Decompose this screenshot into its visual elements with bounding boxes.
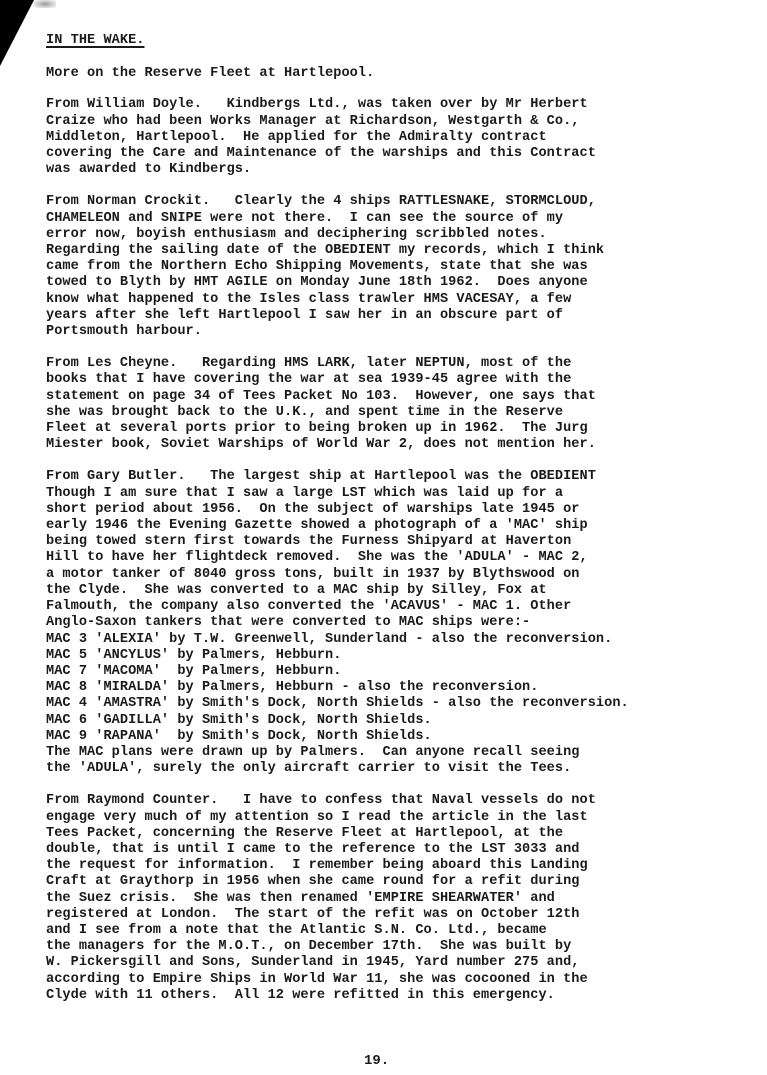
typed-page: IN THE WAKE. More on the Reserve Fleet a… xyxy=(46,33,761,1020)
text-line: know what happened to the Isles class tr… xyxy=(46,292,761,308)
text-line: a motor tanker of 8040 gross tons, built… xyxy=(46,567,761,583)
text-line: The MAC plans were drawn up by Palmers. … xyxy=(46,745,761,761)
text-line: came from the Northern Echo Shipping Mov… xyxy=(46,259,761,275)
text-line: the Suez crisis. She was then renamed 'E… xyxy=(46,891,761,907)
text-line: books that I have covering the war at se… xyxy=(46,372,761,388)
text-line: MAC 3 'ALEXIA' by T.W. Greenwell, Sunder… xyxy=(46,632,761,648)
text-line: Tees Packet, concerning the Reserve Flee… xyxy=(46,826,761,842)
text-line: engage very much of my attention so I re… xyxy=(46,810,761,826)
text-line: being towed stern first towards the Furn… xyxy=(46,534,761,550)
text-line: years after she left Hartlepool I saw he… xyxy=(46,308,761,324)
text-line: Craize who had been Works Manager at Ric… xyxy=(46,114,761,130)
text-line: the request for information. I remember … xyxy=(46,858,761,874)
text-line: Falmouth, the company also converted the… xyxy=(46,599,761,615)
text-line: Though I am sure that I saw a large LST … xyxy=(46,486,761,502)
text-line: MAC 6 'GADILLA' by Smith's Dock, North S… xyxy=(46,713,761,729)
text-line: From Gary Butler. The largest ship at Ha… xyxy=(46,469,761,485)
text-line: Craft at Graythorp in 1956 when she came… xyxy=(46,874,761,890)
text-line: statement on page 34 of Tees Packet No 1… xyxy=(46,389,761,405)
text-line: Hill to have her flightdeck removed. She… xyxy=(46,550,761,566)
scan-corner-shadow xyxy=(0,0,34,66)
text-line: Miester book, Soviet Warships of World W… xyxy=(46,437,761,453)
text-line: registered at London. The start of the r… xyxy=(46,907,761,923)
text-line: she was brought back to the U.K., and sp… xyxy=(46,405,761,421)
text-line: was awarded to Kindbergs. xyxy=(46,162,761,178)
text-line: error now, boyish enthusiasm and deciphe… xyxy=(46,227,761,243)
text-line: MAC 5 'ANCYLUS' by Palmers, Hebburn. xyxy=(46,648,761,664)
text-line: the managers for the M.O.T., on December… xyxy=(46,939,761,955)
page-subheading: More on the Reserve Fleet at Hartlepool. xyxy=(46,66,761,82)
letter-william-doyle: From William Doyle. Kindbergs Ltd., was … xyxy=(46,97,761,178)
text-line: short period about 1956. On the subject … xyxy=(46,502,761,518)
text-line: the Clyde. She was converted to a MAC sh… xyxy=(46,583,761,599)
text-line: the 'ADULA', surely the only aircraft ca… xyxy=(46,761,761,777)
text-line: according to Empire Ships in World War 1… xyxy=(46,972,761,988)
text-line: double, that is until I came to the refe… xyxy=(46,842,761,858)
text-line: MAC 8 'MIRALDA' by Palmers, Hebburn - al… xyxy=(46,680,761,696)
letter-norman-crockit: From Norman Crockit. Clearly the 4 ships… xyxy=(46,194,761,340)
letter-raymond-counter: From Raymond Counter. I have to confess … xyxy=(46,793,761,1004)
text-line: early 1946 the Evening Gazette showed a … xyxy=(46,518,761,534)
text-line: MAC 9 'RAPANA' by Smith's Dock, North Sh… xyxy=(46,729,761,745)
text-line: MAC 4 'AMASTRA' by Smith's Dock, North S… xyxy=(46,696,761,712)
text-line: From Norman Crockit. Clearly the 4 ships… xyxy=(46,194,761,210)
text-line: Portsmouth harbour. xyxy=(46,324,761,340)
text-line: Anglo-Saxon tankers that were converted … xyxy=(46,615,761,631)
text-line: From William Doyle. Kindbergs Ltd., was … xyxy=(46,97,761,113)
letter-les-cheyne: From Les Cheyne. Regarding HMS LARK, lat… xyxy=(46,356,761,453)
text-line: towed to Blyth by HMT AGILE on Monday Ju… xyxy=(46,275,761,291)
text-line: W. Pickersgill and Sons, Sunderland in 1… xyxy=(46,955,761,971)
text-line: Regarding the sailing date of the OBEDIE… xyxy=(46,243,761,259)
text-line: and I see from a note that the Atlantic … xyxy=(46,923,761,939)
text-line: Middleton, Hartlepool. He applied for th… xyxy=(46,130,761,146)
page-heading: IN THE WAKE. xyxy=(46,33,761,49)
text-line: MAC 7 'MACOMA' by Palmers, Hebburn. xyxy=(46,664,761,680)
text-line: From Raymond Counter. I have to confess … xyxy=(46,793,761,809)
page-number: 19. xyxy=(364,1053,389,1069)
text-line: Fleet at several ports prior to being br… xyxy=(46,421,761,437)
text-line: From Les Cheyne. Regarding HMS LARK, lat… xyxy=(46,356,761,372)
text-line: covering the Care and Maintenance of the… xyxy=(46,146,761,162)
text-line: Clyde with 11 others. All 12 were refitt… xyxy=(46,988,761,1004)
letter-gary-butler: From Gary Butler. The largest ship at Ha… xyxy=(46,469,761,777)
scan-smudge xyxy=(34,0,56,8)
text-line: CHAMELEON and SNIPE were not there. I ca… xyxy=(46,211,761,227)
